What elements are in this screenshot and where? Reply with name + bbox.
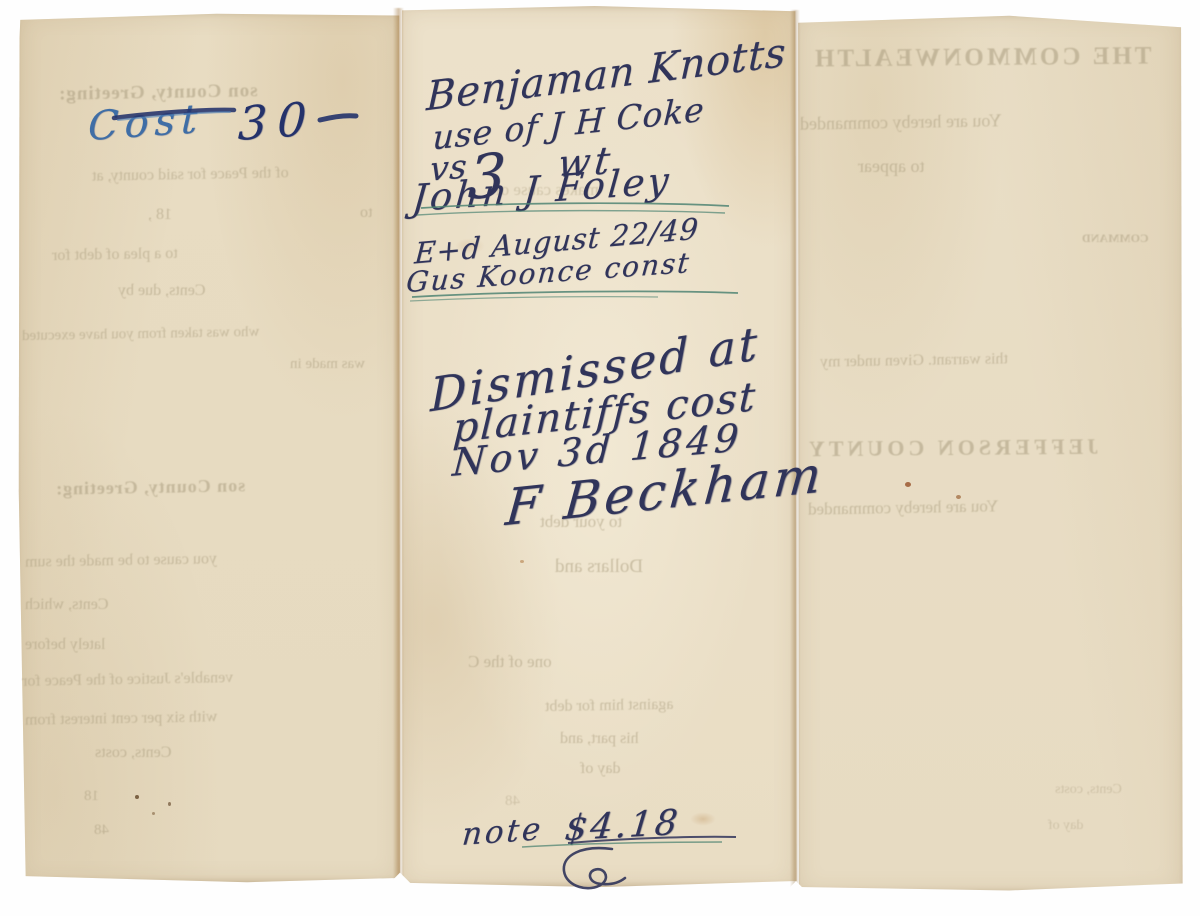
ghost-print-line: was made in [290,356,365,373]
ghost-print-line: 48 [505,793,520,810]
flourish-initial [556,845,646,895]
ghost-print-line: venable's Justice of the Peace for [22,669,234,691]
cost-amount-dash [318,112,358,124]
ghost-print-line: to [360,204,372,222]
ghost-print-line: Cents, costs [95,744,171,762]
ghost-print-line: day of [1048,818,1083,834]
ghost-print-line: Dollars and [555,556,643,578]
foxing-spot [520,560,524,563]
ghost-print-line: day of [580,760,620,778]
paper-panel-left [18,12,400,884]
handwriting-cost-word: Cost [87,96,204,150]
ghost-print-line: to appear [858,156,924,177]
ghost-print-line: COMMAND [1082,231,1149,246]
rust-spot [905,482,911,487]
foxing-spot [152,812,155,815]
cost-crossing-stroke [112,106,237,122]
ghost-print-line: one of the C [468,652,552,672]
ghost-print-line: you cause to be made the sum [25,550,217,571]
ghost-print-line: Cents, costs [1055,782,1122,798]
ghost-print-line: 18 , [148,206,172,224]
ghost-print-line: against him for debt [545,696,674,716]
ghost-print-line: 18 [84,788,99,805]
foxing-spot [168,802,171,806]
ghost-print-line: to a plea of debt for [52,245,178,265]
stain-blob [690,812,716,826]
ghost-print-line: son County, Greeting: [55,475,246,499]
ghost-print-line: Cents, due by [118,282,206,300]
ghost-print-line: this warrant. Given under my [820,350,1008,371]
document-scan: son County, Greeting: of the Peace for s… [0,0,1200,916]
ghost-print-line: You are hereby commanded [800,110,1002,135]
ghost-print-line: JEFFERSON COUNTY [805,434,1098,463]
ghost-print-line: You are hereby commanded [808,496,999,519]
ghost-print-line: lately before [25,636,105,654]
ghost-print-line: Cents, which [25,596,109,614]
handwriting-cost-amount: 30 [237,91,317,151]
ghost-print-line: THE COMMONWEALTH [812,43,1152,74]
ghost-print-line: with six per cent interest from [25,708,218,729]
ghost-print-line: his part, and [560,730,639,748]
ghost-print-line: 48 [94,822,109,839]
ghost-print-line: of the Peace for said county, at [92,164,289,185]
constable-underline [408,288,743,304]
foxing-spot [135,795,139,799]
